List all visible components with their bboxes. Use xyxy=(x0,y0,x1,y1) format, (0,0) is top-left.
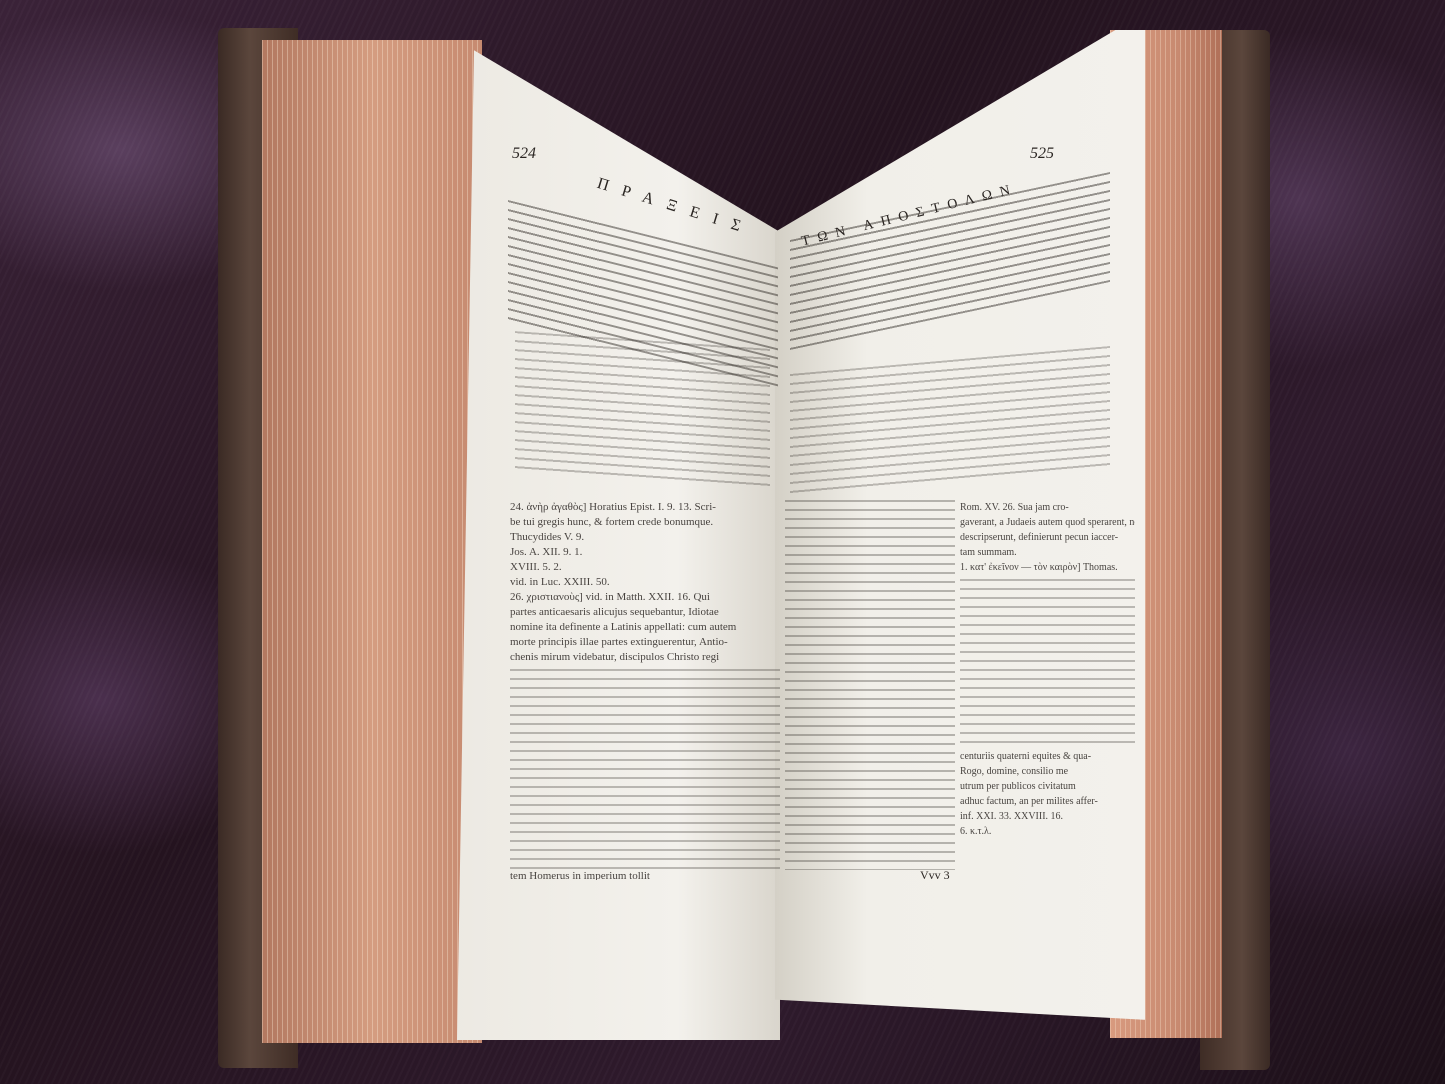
commentary-line: adhuc factum, an per milites affer- xyxy=(960,794,1135,809)
commentary-line: 6. κ.τ.λ. xyxy=(960,824,1135,839)
commentary-line: inf. XXI. 33. XXVIII. 16. xyxy=(960,809,1135,824)
left-page-number: 524 xyxy=(512,145,536,163)
commentary-line: vid. in Luc. XXIII. 50. xyxy=(510,575,780,590)
right-page-number: 525 xyxy=(1030,145,1054,163)
commentary-line: tam summam. xyxy=(960,545,1135,560)
commentary-line: XVIII. 5. 2. xyxy=(510,560,780,575)
commentary-line: Rogo, domine, consilio me xyxy=(960,764,1135,779)
commentary-line: 24. ἀνὴρ ἀγαθὸς] Horatius Epist. I. 9. 1… xyxy=(510,500,780,515)
commentary-line: Thucydides V. 9. xyxy=(510,530,780,545)
commentary-line: 1. κατ' ἐκεῖνον — τὸν καιρὸν] Thomas. xyxy=(960,560,1135,575)
page-edges-left xyxy=(262,40,482,1043)
commentary-line: descripserunt, definierunt pecun iaccer- xyxy=(960,530,1135,545)
commentary-filler xyxy=(510,669,780,869)
commentary-line: Rom. XV. 26. Sua jam cro- xyxy=(960,500,1135,515)
right-commentary: Rom. XV. 26. Sua jam cro- gaverant, a Ju… xyxy=(960,500,1135,870)
commentary-line: nomine ita definente a Latinis appellati… xyxy=(510,620,780,635)
commentary-line: Jos. A. XII. 9. 1. xyxy=(510,545,780,560)
commentary-line: centuriis quaterni equites & qua- xyxy=(960,749,1135,764)
commentary-line: morte principis illae partes extingueren… xyxy=(510,635,780,650)
commentary-line: tem Homerus in imperium tollit xyxy=(510,869,780,880)
left-footnotes xyxy=(515,331,770,489)
signature-mark: Vvv 3 xyxy=(920,868,950,883)
commentary-line: chenis mirum videbatur, discipulos Chris… xyxy=(510,650,780,665)
commentary-line: utrum per publicos civitatum xyxy=(960,779,1135,794)
right-commentary-column xyxy=(785,500,955,870)
commentary-filler xyxy=(960,579,1135,749)
commentary-line: gaverant, a Judaeis autem quod sperarent… xyxy=(960,515,1135,530)
commentary-line: partes anticaesaris alicujus sequebantur… xyxy=(510,605,780,620)
commentary-line: be tui gregis hunc, & fortem crede bonum… xyxy=(510,515,780,530)
commentary-line: 26. χριστιανοὺς] vid. in Matth. XXII. 16… xyxy=(510,590,780,605)
left-commentary: 24. ἀνὴρ ἀγαθὸς] Horatius Epist. I. 9. 1… xyxy=(510,500,780,880)
